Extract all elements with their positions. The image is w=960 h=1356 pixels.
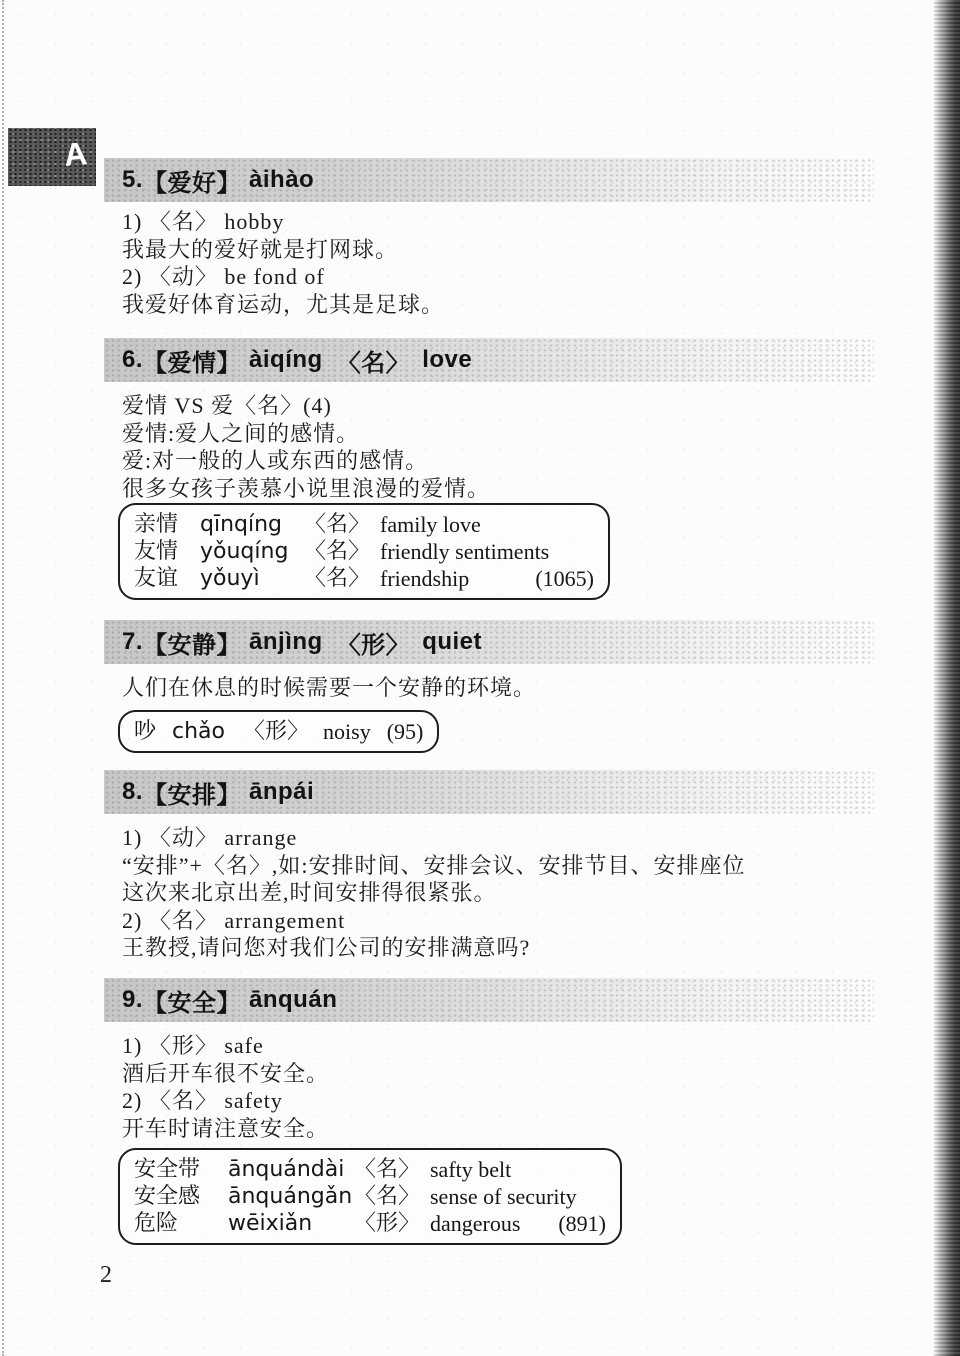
entry-body-aihao: 1) 〈名〉 hobby 我最大的爱好就是打网球。 2) 〈动〉 be fond… bbox=[122, 208, 444, 318]
related-hanzi: 友情 bbox=[134, 538, 200, 565]
entry-pos: 〈名〉 bbox=[337, 343, 411, 378]
section-tab-letter: A bbox=[62, 135, 88, 174]
related-pinyin: yǒuqíng bbox=[200, 538, 304, 565]
related-pos: 〈名〉 bbox=[304, 538, 380, 565]
related-hanzi: 危险 bbox=[134, 1210, 228, 1237]
entry-number: 5. bbox=[122, 166, 143, 194]
related-ref: (891) bbox=[558, 1210, 606, 1237]
related-hanzi: 安全感 bbox=[134, 1183, 228, 1210]
entry-body-anjing: 人们在休息的时候需要一个安静的环境。 bbox=[122, 674, 536, 702]
entry-pinyin: ānpái bbox=[249, 778, 314, 806]
related-hanzi: 安全带 bbox=[134, 1156, 228, 1183]
example-sentence: 开车时请注意安全。 bbox=[122, 1115, 329, 1143]
related-word-row: 友情 yǒuqíng 〈名〉 friendly sentiments bbox=[134, 538, 594, 565]
example-sentence: 这次来北京出差,时间安排得很紧张。 bbox=[122, 879, 746, 907]
page-number: 2 bbox=[100, 1262, 112, 1289]
related-gloss: noisy bbox=[323, 718, 371, 745]
scanned-dictionary-page: A 5.【爱好】àihào 1) 〈名〉 hobby 我最大的爱好就是打网球。 … bbox=[0, 0, 960, 1356]
related-word-row: 吵 chǎo 〈形〉 noisy (95) bbox=[134, 718, 423, 745]
related-words-box: 亲情 qīnqíng 〈名〉 family love 友情 yǒuqíng 〈名… bbox=[118, 503, 610, 600]
related-word-row: 友谊 yǒuyì 〈名〉 friendship (1065) bbox=[134, 565, 594, 592]
related-hanzi: 亲情 bbox=[134, 511, 200, 538]
related-word-row: 安全感 ānquángǎn 〈名〉 sense of security bbox=[134, 1183, 606, 1210]
related-word-row: 危险 wēixiǎn 〈形〉 dangerous (891) bbox=[134, 1210, 606, 1237]
entry-number: 7. bbox=[122, 628, 143, 656]
example-sentence: 很多女孩子羡慕小说里浪漫的爱情。 bbox=[122, 475, 490, 503]
related-ref: (1065) bbox=[535, 565, 594, 592]
related-pinyin: ānquángǎn bbox=[228, 1183, 354, 1210]
entry-headword: 【安静】 bbox=[143, 625, 241, 660]
related-pinyin: qīnqíng bbox=[200, 511, 304, 538]
related-hanzi: 吵 bbox=[134, 718, 156, 745]
related-gloss: safty belt bbox=[430, 1156, 606, 1183]
related-pos: 〈名〉 bbox=[354, 1183, 430, 1210]
sense-line: 2) 〈名〉 safety bbox=[122, 1087, 329, 1115]
related-gloss: sense of security bbox=[430, 1183, 606, 1210]
usage-note: 爱:对一般的人或东西的感情。 bbox=[122, 447, 490, 475]
usage-note: 爱情:爱人之间的感情。 bbox=[122, 420, 490, 448]
entry-headword: 【爱好】 bbox=[143, 163, 241, 198]
entry-gloss: love bbox=[422, 346, 472, 374]
entry-number: 8. bbox=[122, 778, 143, 806]
related-pinyin: ānquándài bbox=[228, 1156, 354, 1183]
entry-body-anpai: 1) 〈动〉 arrange “安排”+〈名〉,如:安排时间、安排会议、安排节目… bbox=[122, 824, 746, 962]
sense-line: 2) 〈名〉 arrangement bbox=[122, 907, 746, 935]
page-edge-marks bbox=[2, 0, 4, 1356]
entry-pinyin: àiqíng bbox=[249, 346, 323, 374]
related-pinyin: yǒuyì bbox=[200, 565, 304, 592]
entry-body-anquan: 1) 〈形〉 safe 酒后开车很不安全。 2) 〈名〉 safety 开车时请… bbox=[122, 1032, 329, 1142]
usage-note: 爱情 VS 爱〈名〉(4) bbox=[122, 392, 490, 420]
related-pos: 〈形〉 bbox=[243, 718, 309, 745]
related-pinyin: chǎo bbox=[172, 718, 225, 745]
related-gloss: dangerous bbox=[430, 1210, 558, 1237]
entry-header-anjing: 7.【安静】ānjìng〈形〉quiet bbox=[104, 620, 874, 664]
related-gloss: friendship bbox=[380, 565, 535, 592]
entry-headword: 【安全】 bbox=[143, 983, 241, 1018]
related-gloss: friendly sentiments bbox=[380, 538, 594, 565]
entry-gloss: quiet bbox=[422, 628, 482, 656]
entry-header-aiqing: 6.【爱情】àiqíng〈名〉love bbox=[104, 338, 874, 382]
related-word-row: 安全带 ānquándài 〈名〉 safty belt bbox=[134, 1156, 606, 1183]
example-sentence: 我最大的爱好就是打网球。 bbox=[122, 236, 444, 264]
related-hanzi: 友谊 bbox=[134, 565, 200, 592]
example-sentence: 人们在休息的时候需要一个安静的环境。 bbox=[122, 674, 536, 702]
entry-header-anquan: 9.【安全】ānquán bbox=[104, 978, 874, 1022]
related-words-box: 吵 chǎo 〈形〉 noisy (95) bbox=[118, 710, 439, 753]
entry-pinyin: ānjìng bbox=[249, 628, 323, 656]
related-word-row: 亲情 qīnqíng 〈名〉 family love bbox=[134, 511, 594, 538]
related-pos: 〈名〉 bbox=[304, 565, 380, 592]
related-pos: 〈形〉 bbox=[354, 1210, 430, 1237]
section-tab-a: A bbox=[8, 128, 96, 186]
related-pinyin: wēixiǎn bbox=[228, 1210, 354, 1237]
sense-line: 1) 〈名〉 hobby bbox=[122, 208, 444, 236]
entry-pinyin: àihào bbox=[249, 166, 314, 194]
related-ref: (95) bbox=[387, 718, 424, 745]
sense-line: 2) 〈动〉 be fond of bbox=[122, 263, 444, 291]
example-sentence: 酒后开车很不安全。 bbox=[122, 1060, 329, 1088]
entry-headword: 【爱情】 bbox=[143, 343, 241, 378]
entry-number: 6. bbox=[122, 346, 143, 374]
related-pos: 〈名〉 bbox=[354, 1156, 430, 1183]
example-sentence: 我爱好体育运动，尤其是足球。 bbox=[122, 291, 444, 319]
entry-body-aiqing: 爱情 VS 爱〈名〉(4) 爱情:爱人之间的感情。 爱:对一般的人或东西的感情。… bbox=[122, 392, 490, 502]
entry-pinyin: ānquán bbox=[249, 986, 337, 1014]
related-words-box: 安全带 ānquándài 〈名〉 safty belt 安全感 ānquáng… bbox=[118, 1148, 622, 1245]
entry-header-anpai: 8.【安排】ānpái bbox=[104, 770, 874, 814]
entry-header-aihao: 5.【爱好】àihào bbox=[104, 158, 874, 202]
entry-headword: 【安排】 bbox=[143, 775, 241, 810]
related-gloss: family love bbox=[380, 511, 594, 538]
entry-number: 9. bbox=[122, 986, 143, 1014]
related-pos: 〈名〉 bbox=[304, 511, 380, 538]
sense-line: 1) 〈动〉 arrange bbox=[122, 824, 746, 852]
sense-line: 1) 〈形〉 safe bbox=[122, 1032, 329, 1060]
book-binding-shadow bbox=[934, 0, 960, 1356]
example-sentence: 王教授,请问您对我们公司的安排满意吗? bbox=[122, 934, 746, 962]
usage-note: “安排”+〈名〉,如:安排时间、安排会议、安排节目、安排座位 bbox=[122, 852, 746, 880]
entry-pos: 〈形〉 bbox=[337, 625, 411, 660]
